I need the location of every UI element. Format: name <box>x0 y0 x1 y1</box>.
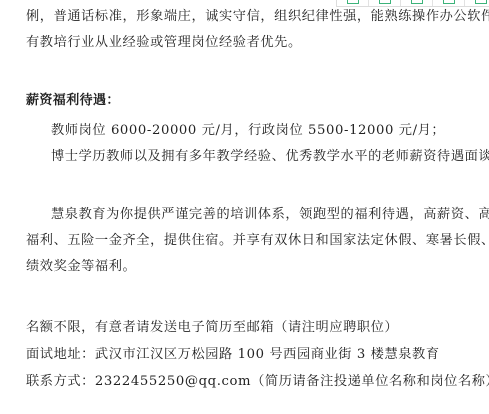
tool-icon-4 <box>443 0 455 4</box>
floating-toolbar <box>336 0 489 7</box>
toolbar-button-5[interactable] <box>465 0 489 6</box>
contact-email-line: 联系方式：2322455250@qq.com（简历请备注投递单位名称和岗位名称） <box>26 374 489 390</box>
tool-icon-2 <box>379 0 391 4</box>
requirements-line-2: 有教培行业从业经验或管理岗位经验者优先。 <box>26 35 302 51</box>
tool-icon-1 <box>347 0 359 4</box>
interview-address: 面试地址：武汉市江汉区万松园路 100 号西园商业街 3 楼慧泉教育 <box>26 347 440 363</box>
benefits-line-3: 绩效奖金等福利。 <box>26 259 136 275</box>
salary-line-1: 教师岗位 6000-20000 元/月，行政岗位 5500-12000 元/月； <box>51 123 445 139</box>
toolbar-button-3[interactable] <box>401 0 433 6</box>
tool-icon-5 <box>475 0 487 4</box>
benefits-line-2: 福利、五险一金齐全，提供住宿。并享有双休日和国家法定休假、寒暑长假、 <box>26 233 489 249</box>
salary-heading: 薪资福利待遇： <box>26 93 120 109</box>
salary-line-2: 博士学历教师以及拥有多年教学经验、优秀教学水平的老师薪资待遇面谈。 <box>51 149 489 165</box>
toolbar-button-2[interactable] <box>369 0 401 6</box>
toolbar-button-1[interactable] <box>337 0 369 6</box>
requirements-line-1: 俐，普通话标准，形象端庄，诚实守信，组织纪律性强，能熟练操作办公软件， <box>26 9 489 25</box>
toolbar-button-4[interactable] <box>433 0 465 6</box>
tool-icon-3 <box>411 0 423 4</box>
benefits-line-1: 慧泉教育为你提供严谨完善的培训体系，领跑型的福利待遇，高薪资、高 <box>51 207 489 223</box>
contact-line-1: 名额不限，有意者请发送电子简历至邮箱（请注明应聘职位） <box>26 320 398 336</box>
